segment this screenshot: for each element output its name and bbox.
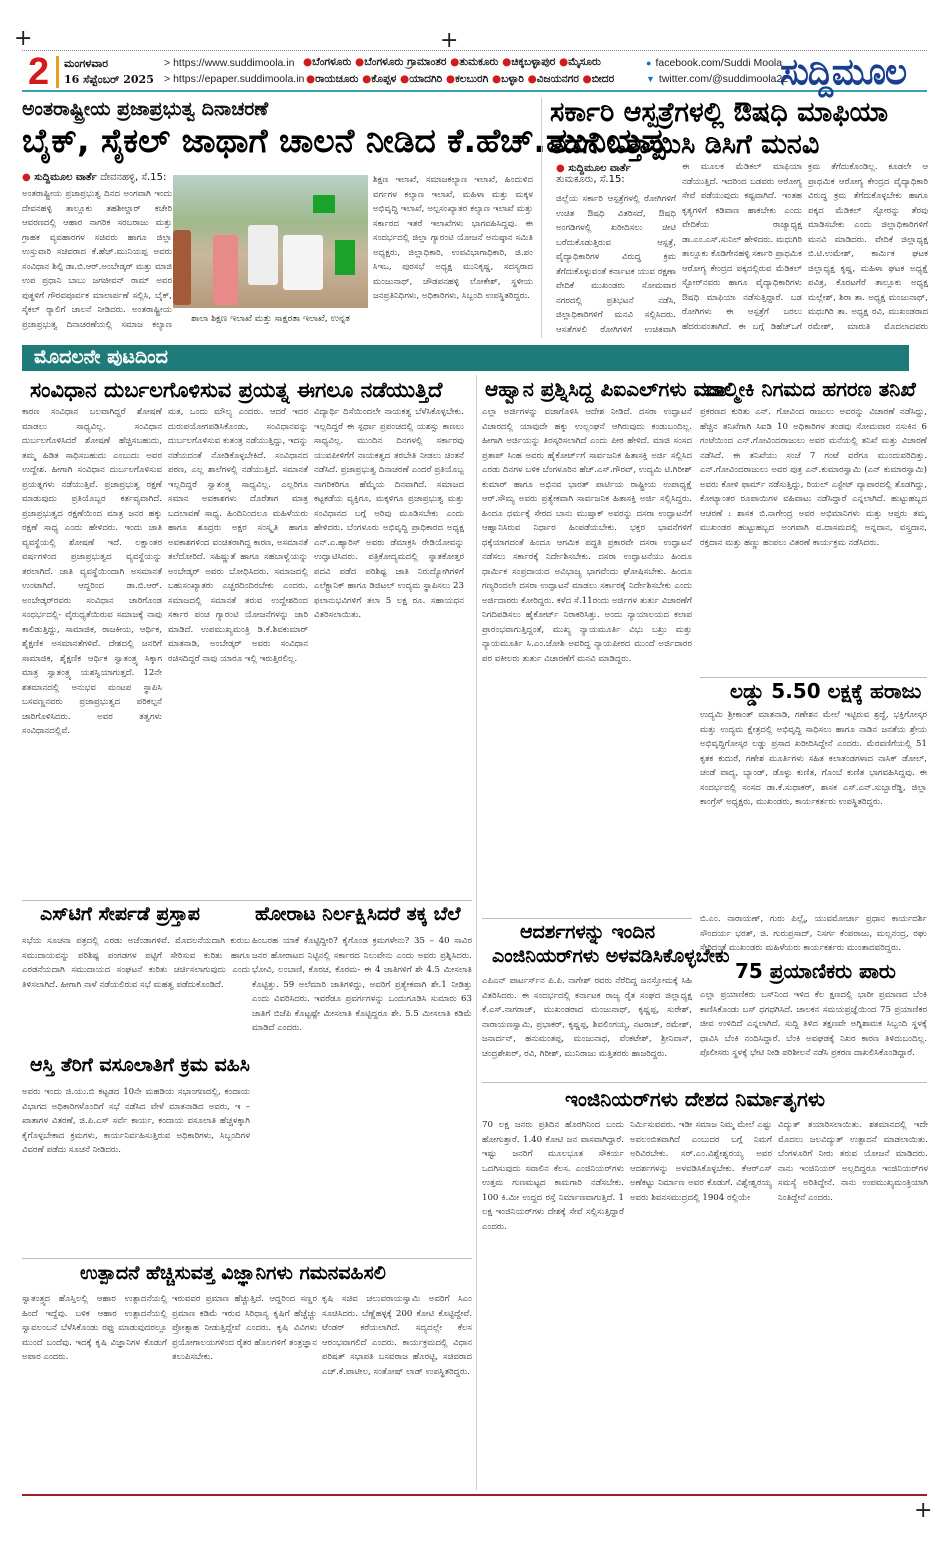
date-label: 16 ಸೆಪ್ಟೆಂಬರ್ 2025 [64, 73, 154, 87]
headline-property-tax: ಆಸ್ತಿ ತೆರಿಗೆ ವಸೂಲಾತಿಗೆ ಕ್ರಮ ವಹಿಸಿ [30, 1055, 250, 1077]
registration-mark-icon: + [914, 1498, 932, 1523]
headline-agri: ಉತ್ಪಾದನೆ ಹೆಚ್ಚಿಸುವತ್ತ ವಿಜ್ಞಾನಿಗಳು ಗಮನವಹಿ… [80, 1263, 386, 1285]
headline-valmiki: ವಾಲ್ಮೀಕಿ ನಿಗಮದ ಹಗರಣ ತನಿಖೆ [704, 378, 916, 401]
headline-protest: ಹೋರಾಟ ನಿರ್ಲಕ್ಷಿಸಿದರೆ ತಕ್ಕ ಬೆಲೆ [255, 904, 461, 926]
headline-pil: ಆಹ್ವಾನ ಪ್ರಶ್ನಿಸಿದ್ದ ಪಿಐಎಲ್‌ಗಳು ವಜಾ [485, 378, 727, 401]
byline: ● ಸುದ್ದಿಮೂಲ ವಾರ್ತೆತುಮಕೂರು, ಸೆ.15: [556, 163, 676, 185]
article-body: ನಿರ್ಮಿಸುವವರು. ಇಡೀ ಸಮಾಜ ನಿಮ್ಮ ಮೇಲೆ ಎಷ್ಟು … [630, 1118, 772, 1488]
article-body: ಕೃಷಿ ಸಚಿವ ಚಲುವರಾಯಸ್ವಾಮಿ ಅವರಿಗೆ ಸಿಎಂ ಸೂಚಿ… [322, 1292, 472, 1492]
article-body: ಇರುವವರ ಪ್ರಮಾಣ ಹೆಚ್ಚುತ್ತಿದೆ. ಆದ್ದರಿಂದ ಸಣ್… [172, 1292, 317, 1492]
divider [541, 98, 542, 338]
headline-engineers-ideals: ಆದರ್ಶಗಳನ್ನು ಇಂದಿನ [520, 922, 655, 944]
article-body: ಅಂತರಾಷ್ಟ್ರೀಯ ಪ್ರಜಾಪ್ರಭುತ್ವ ದಿನದ ಅಂಗವಾಗಿ … [22, 187, 172, 335]
article-body: 70 ಲಕ್ಷ ಜನರು ಪ್ರತಿದಿನ ಹೊರಗಿನಿಂದ ಬಂದು ಹೋಗ… [482, 1118, 624, 1488]
rally-photo [173, 175, 368, 308]
chevron-right-icon: > [164, 57, 170, 69]
article-body: ಎಲ್ಲಾ ಪ್ರಯಾಣಿಕರು ಬಸ್‌ನಿಂದ ಇಳಿದ ಕೆಲ ಕ್ಷಣದ… [700, 988, 927, 1078]
article-body: ಜಿಲ್ಲೆಯ ಸರ್ಕಾರಿ ಆಸ್ಪತ್ರೆಗಳಲ್ಲಿ ರೋಗಿಗಳಿಗೆ… [556, 192, 676, 332]
byline: ● ಸುದ್ದಿಮೂಲ ವಾರ್ತೆ ದೇವನಹಳ್ಳಿ, ಸೆ.15: [22, 172, 172, 183]
article-body: ಬಿ.ಎಂ. ನಾರಾಯಣ್, ಗುರು ಪಿಲ್ಲೈ, ಯುವಮೋರ್ಚಾ ಪ… [700, 912, 927, 956]
article-body: ಹಿಂಬರಹ ಯಾಕೆ ಕೊಟ್ಟಿದ್ದೀರಿ? ಕೈಗೊಂಡ ಕ್ರಮಗಳೇ… [252, 934, 472, 1239]
newspaper-logo: ಸುದ್ದಿಮೂಲ [780, 50, 906, 94]
district-list-row1: ●ಬೆಂಗಳೂರು ●ಬೆಂಗಳೂರು ಗ್ರಾಮಾಂತರ ●ತುಮಕೂರು ●… [303, 56, 601, 69]
registration-mark-icon: + [14, 26, 32, 51]
divider [700, 677, 927, 678]
divider [482, 918, 692, 919]
headline-drug-mafia-line2: ತಡೆಗೆ ಒತ್ತಾಯಿಸಿ ಡಿಸಿಗೆ ಮನವಿ [550, 129, 819, 160]
headline-st: ಎಸ್‌ಟಿಗೆ ಸೇರ್ಪಡೆ ಪ್ರಸ್ತಾಪ [40, 904, 200, 926]
chevron-right-icon: > [164, 73, 170, 85]
article-body: ವಿದ್ಯುತ್ ತಯಾರಿಸಲಾಯಿತು. ಶತಮಾನದಲ್ಲಿ ಇದೇ ಮೊ… [778, 1118, 928, 1488]
footer-rule [22, 1494, 927, 1496]
headline-engineers-builders: ಇಂಜಿನಿಯರ್‌ಗಳು ದೇಶದ ನಿರ್ಮಾತೃಗಳು [565, 1088, 825, 1111]
article-body: ಎಲ್ಲಾ ಅರ್ಜಿಗಳನ್ನು ವಜಾಗೊಳಿಸಿ ಆದೇಶ ನೀಡಿದೆ.… [482, 405, 692, 915]
article-body: ಪ್ರಕರಣದ ಕುರಿತು ಎನ್. ಗೋವಿಂದ ರಾಜುಲು ಅವರನ್ನ… [700, 405, 927, 673]
accent-bar [56, 56, 59, 88]
headline-engineers-ideals-line2: ಎಂಜಿನಿಯರ್‌ಗಳು ಅಳವಡಿಸಿಕೊಳ್ಳಬೇಕು [492, 946, 730, 968]
divider [482, 1082, 927, 1083]
district-list-row2: ●ರಾಯಚೂರು ●ಕೊಪ್ಪಳ ●ಯಾದಗಿರಿ ●ಕಲಬುರಗಿ ●ಬಳ್ಳ… [306, 73, 614, 86]
article-body: ಮತ, ಒಂದು ಮೌಲ್ಯ ಎಂದರು. ಆದರೆ ಇದರ ದುರುಪಯೋಗಪ… [168, 405, 308, 895]
headline-drug-mafia: ಸರ್ಕಾರಿ ಆಸ್ಪತ್ರೆಗಳಲ್ಲಿ ಔಷಧಿ ಮಾಫಿಯಾ [550, 97, 888, 128]
divider [22, 900, 472, 901]
article-body: ಕ್ರಮ ತೆಗೆದುಕೊಂಡಿಲ್ಲ. ಕೂಡಲೇ ಆ ಪ್ರಾಥಮಿಕ ಆರ… [808, 160, 928, 332]
day-label: ಮಂಗಳವಾರ [64, 57, 108, 71]
website-link[interactable]: > https://www.suddimoola.in [164, 57, 294, 69]
article-body: ಎಪಿಎನ್ ಪಾರ್ಟರ್ಸ್‌ನ ಪಿ.ಪಿ. ನಾಗೇಶ್ ರವರು ನೆ… [482, 974, 692, 1079]
page-number: 2 [28, 54, 49, 90]
divider [476, 375, 477, 1490]
article-body: ಸಭೆಯ ಸೂಚನಾ ಪತ್ರದಲ್ಲಿ ಎರಡು ಅಜೆಂಡಾಗಳಿವೆ. ಮ… [22, 934, 250, 1049]
twitter-link[interactable]: ▼twitter.com/@suddimoola22 [646, 73, 788, 85]
article-body: ಶಿಕ್ಷಣ ಇಲಾಖೆ, ಸಮಾಜಕಲ್ಯಾಣ ಇಲಾಖೆ, ಹಿಂದುಳಿದ… [373, 173, 533, 335]
headline-laddu: ಲಡ್ಡು 5.50 ಲಕ್ಷಕ್ಕೆ ಹರಾಜು [730, 680, 921, 703]
divider [22, 1258, 472, 1259]
article-body: ಅವರು ಇಂದು ಜಿ.ಯು.ಬಿ ಕಟ್ಟಡದ 10ನೇ ಮಹಡಿಯ ಸಭಾ… [22, 1085, 250, 1253]
twitter-icon: ▼ [646, 74, 655, 84]
epaper-link[interactable]: > https://epaper.suddimoola.in [164, 73, 304, 85]
section-label: ಮೊದಲನೇ ಪುಟದಿಂದ [34, 346, 168, 368]
article-body: ಸ್ವಾತಂತ್ರ್ಯದ ಹೊಸ್ತಿಲಲ್ಲಿ ಆಹಾರ ಉತ್ಪಾದನೆಯಲ… [22, 1292, 167, 1492]
photo-caption: ಶಾಲಾ ಶಿಕ್ಷಣ ಇಲಾಖೆ ಮತ್ತು ಸಾಕ್ಷರತಾ ಇಲಾಖೆ, … [173, 314, 368, 324]
facebook-icon: ● [646, 58, 651, 68]
facebook-link[interactable]: ●facebook.com/Suddi Moola [646, 57, 782, 69]
story-kicker: ಅಂತರಾಷ್ಟ್ರೀಯ ಪ್ರಜಾಪ್ರಭುತ್ವ ದಿನಾಚರಣೆ [22, 98, 268, 120]
article-body: ಕಾರಣ ಸಂವಿಧಾನ ಬಲವಾಗಿದ್ದರೆ ಶೋಷಣೆ ಮಾಡಲು ಸಾಧ… [22, 405, 162, 895]
headline-bus: 75 ಪ್ರಯಾಣಿಕರು ಪಾರು [735, 960, 896, 983]
article-body: ವಿದ್ಯಾರ್ಥಿ ದಿಸೆಯಿಂದಲೇ ನಾಯಕತ್ವ ಬೆಳೆಸಿಕೊಳ್… [314, 405, 464, 895]
headline-constitution: ಸಂವಿಧಾನ ದುರ್ಬಲಗೊಳಿಸುವ ಪ್ರಯತ್ನ ಈಗಲೂ ನಡೆಯು… [30, 378, 442, 402]
article-body: ಈ ಮೂಲಕ ಮೆಡಿಕಲ್ ಮಾಫಿಯಾ ನಡೆಯುತ್ತಿದೆ. ಇದರಿಂ… [682, 160, 802, 332]
